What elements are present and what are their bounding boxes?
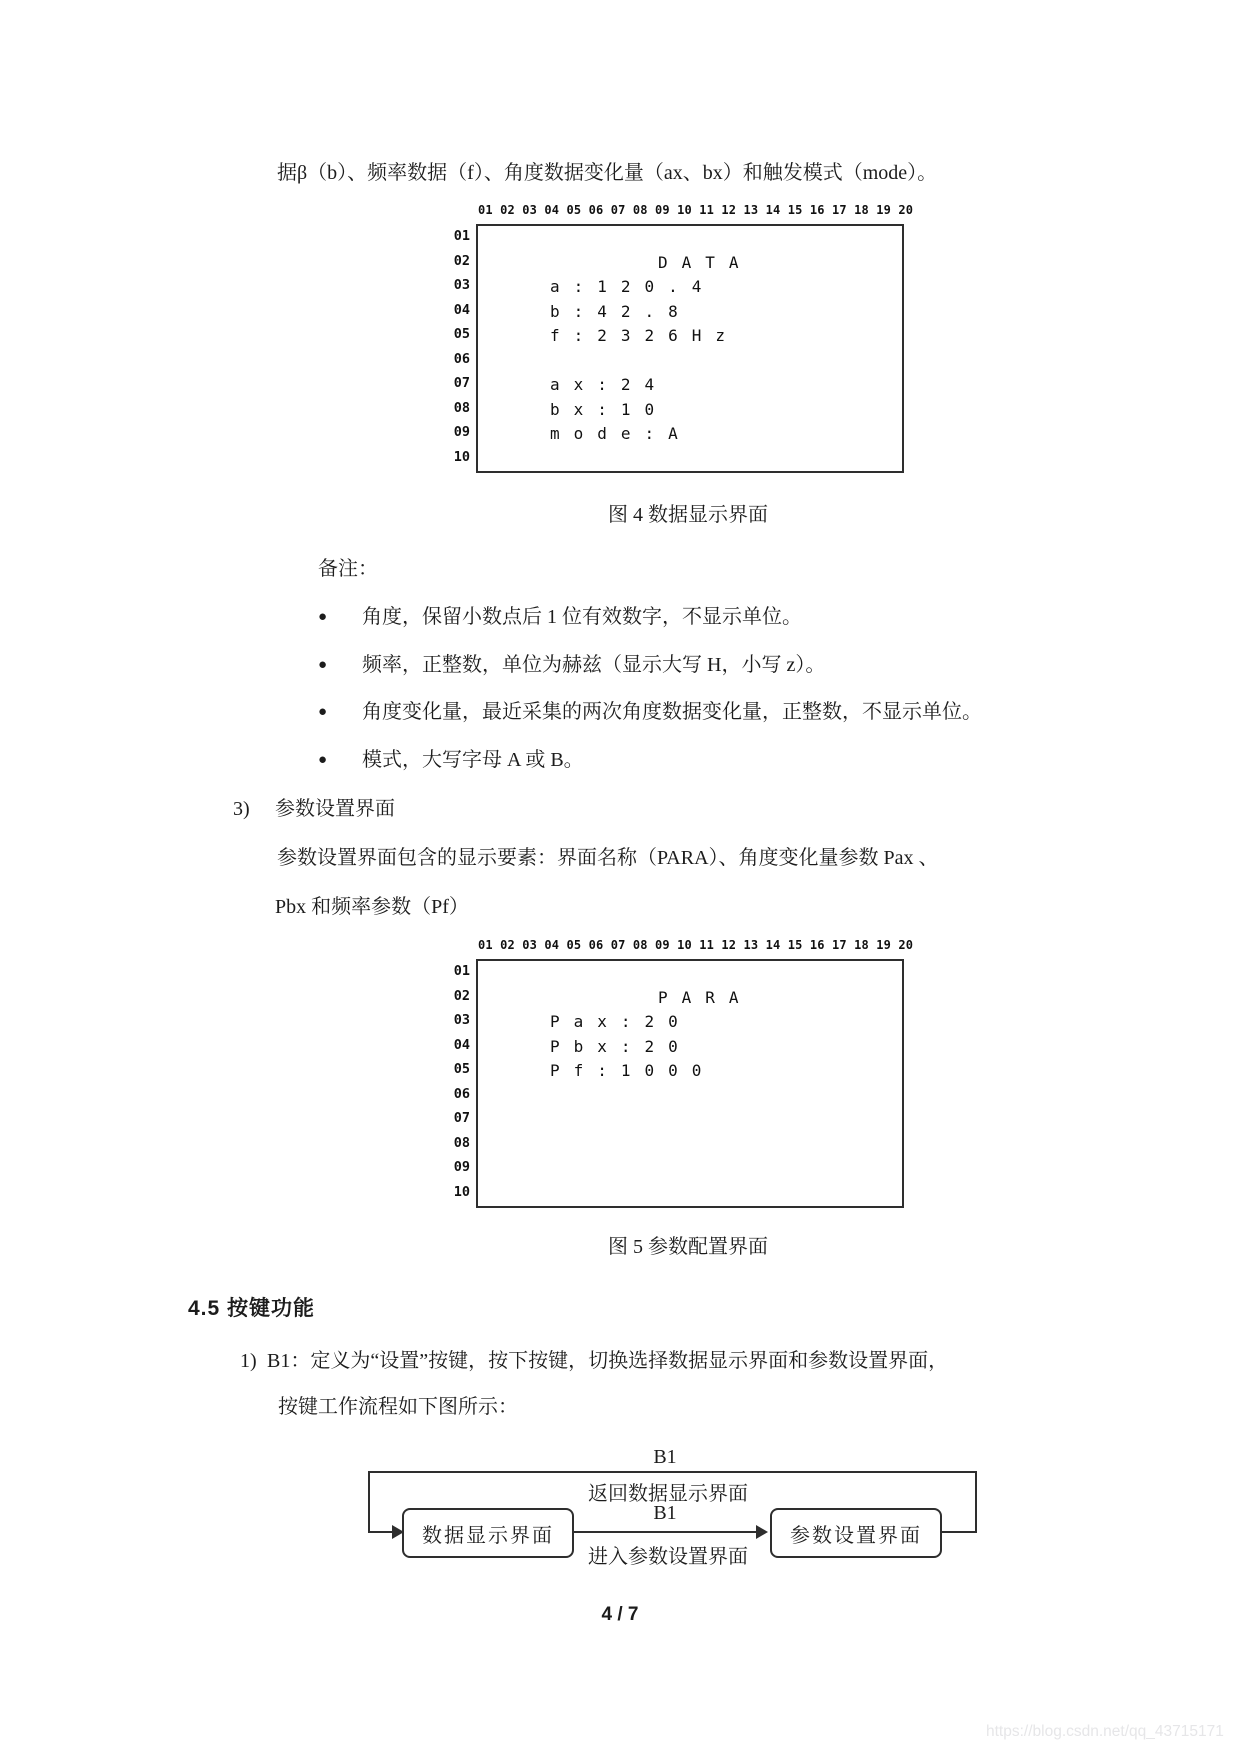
lcd-row-label: 01 bbox=[436, 959, 470, 984]
lcd-text-line: f:2326Hz bbox=[550, 324, 739, 349]
lcd-row-label: 07 bbox=[436, 1106, 470, 1131]
note-text: 频率，正整数，单位为赫兹（显示大写 H，小写 z）。 bbox=[362, 654, 825, 676]
lcd-row-label: 03 bbox=[436, 273, 470, 298]
bullet-icon: ● bbox=[318, 704, 348, 721]
lcd-text-line: b:42.8 bbox=[550, 300, 692, 325]
lcd-row-label: 06 bbox=[436, 1082, 470, 1107]
note-item: ●角度变化量，最近采集的两次角度数据变化量，正整数，不显示单位。 bbox=[318, 695, 982, 724]
flow-arrow-mid-line bbox=[572, 1531, 758, 1533]
lcd-text-line: Pbx:20 bbox=[550, 1035, 692, 1060]
lcd-text-line: Pax:20 bbox=[550, 1010, 692, 1035]
item3-title: 参数设置界面 bbox=[275, 796, 395, 822]
lcd-row-label: 04 bbox=[436, 1033, 470, 1058]
flow-return-right-line bbox=[975, 1471, 977, 1533]
lcd-row-label: 09 bbox=[436, 420, 470, 445]
bullet-icon: ● bbox=[318, 752, 348, 769]
lcd-screen-box: DATAa:120.4b:42.8f:2326Hzax:24bx:10mode:… bbox=[476, 224, 904, 473]
document-page: 据β（b）、频率数据（f）、角度数据变化量（ax、bx）和触发模式（mode）。… bbox=[0, 0, 1240, 1754]
arrow-head-into-right-box bbox=[756, 1525, 768, 1539]
lcd-row-label: 03 bbox=[436, 1008, 470, 1033]
section-heading-4-5: 4.5 按键功能 bbox=[188, 1292, 315, 1322]
bullet-icon: ● bbox=[318, 657, 348, 674]
lcd-row-label: 10 bbox=[436, 1180, 470, 1205]
lcd-row-label: 10 bbox=[436, 445, 470, 470]
lcd-row-label: 09 bbox=[436, 1155, 470, 1180]
watermark: https://blog.csdn.net/qq_43715171 bbox=[986, 1723, 1236, 1741]
note-item: ●频率，正整数，单位为赫兹（显示大写 H，小写 z）。 bbox=[318, 648, 825, 677]
flow-right-connector-line bbox=[940, 1531, 977, 1533]
item3-paragraph-line1: 参数设置界面包含的显示要素：界面名称（PARA）、角度变化量参数 Pax 、 bbox=[277, 845, 939, 871]
page-number: 4 / 7 bbox=[545, 1604, 695, 1626]
note-text: 模式，大写字母 A 或 B。 bbox=[362, 749, 584, 771]
lcd-row-label: 05 bbox=[436, 322, 470, 347]
lcd-text-line: Pf:1000 bbox=[550, 1059, 715, 1084]
lcd-row-label: 01 bbox=[436, 224, 470, 249]
figure4-caption: 图 4 数据显示界面 bbox=[476, 498, 900, 527]
lcd-text-line: mode:A bbox=[550, 422, 692, 447]
lcd-column-header: 01 02 03 04 05 06 07 08 09 10 11 12 13 1… bbox=[478, 938, 913, 952]
item3-paragraph-line2: Pbx 和频率参数（Pf） bbox=[275, 894, 469, 920]
lcd-screen-box: PARAPax:20Pbx:20Pf:1000 bbox=[476, 959, 904, 1208]
lcd-grid-data-display: 01 02 03 04 05 06 07 08 09 10 11 12 13 1… bbox=[0, 203, 1240, 473]
item3-number: 3) bbox=[233, 796, 250, 822]
note-item: ●角度，保留小数点后 1 位有效数字，不显示单位。 bbox=[318, 600, 802, 629]
flow-b1-top-label: B1 bbox=[560, 1446, 770, 1469]
lcd-row-label: 05 bbox=[436, 1057, 470, 1082]
notes-list: ●角度，保留小数点后 1 位有效数字，不显示单位。●频率，正整数，单位为赫兹（显… bbox=[318, 600, 1018, 800]
note-text: 角度变化量，最近采集的两次角度数据变化量，正整数，不显示单位。 bbox=[362, 701, 982, 723]
lcd-text-line: ax:24 bbox=[550, 373, 668, 398]
bullet-icon: ● bbox=[318, 609, 348, 626]
flow-b1-mid-label: B1 bbox=[560, 1502, 770, 1525]
flow-arrow-into-left-line bbox=[368, 1531, 394, 1533]
flow-return-left-line bbox=[368, 1471, 370, 1533]
lcd-row-label: 02 bbox=[436, 984, 470, 1009]
lcd-text-line: PARA bbox=[658, 986, 753, 1011]
lcd-text-line: a:120.4 bbox=[550, 275, 715, 300]
item1-line2: 按键工作流程如下图所示： bbox=[278, 1394, 518, 1420]
flow-return-top-line bbox=[368, 1471, 977, 1473]
lcd-text-line: bx:10 bbox=[550, 398, 668, 423]
flow-box-param-setting: 参数设置界面 bbox=[770, 1508, 942, 1558]
figure5-caption: 图 5 参数配置界面 bbox=[476, 1230, 900, 1259]
lcd-grid-param-config: 01 02 03 04 05 06 07 08 09 10 11 12 13 1… bbox=[0, 938, 1240, 1208]
lcd-column-header: 01 02 03 04 05 06 07 08 09 10 11 12 13 1… bbox=[478, 203, 913, 217]
lcd-text-line: DATA bbox=[658, 251, 753, 276]
lcd-row-label: 08 bbox=[436, 1131, 470, 1156]
lcd-row-label: 07 bbox=[436, 371, 470, 396]
lcd-row-label: 04 bbox=[436, 298, 470, 323]
flow-enter-label: 进入参数设置界面 bbox=[540, 1540, 796, 1569]
lcd-row-label: 02 bbox=[436, 249, 470, 274]
note-item: ●模式，大写字母 A 或 B。 bbox=[318, 743, 584, 772]
notes-label: 备注： bbox=[318, 556, 378, 582]
lcd-row-label: 08 bbox=[436, 396, 470, 421]
note-text: 角度，保留小数点后 1 位有效数字，不显示单位。 bbox=[362, 606, 802, 628]
lcd-row-label: 06 bbox=[436, 347, 470, 372]
item1-number: 1) bbox=[240, 1348, 257, 1374]
item1-line1: B1：定义为“设置”按键，按下按键，切换选择数据显示界面和参数设置界面， bbox=[267, 1348, 948, 1374]
intro-line: 据β（b）、频率数据（f）、角度数据变化量（ax、bx）和触发模式（mode）。 bbox=[277, 160, 937, 186]
